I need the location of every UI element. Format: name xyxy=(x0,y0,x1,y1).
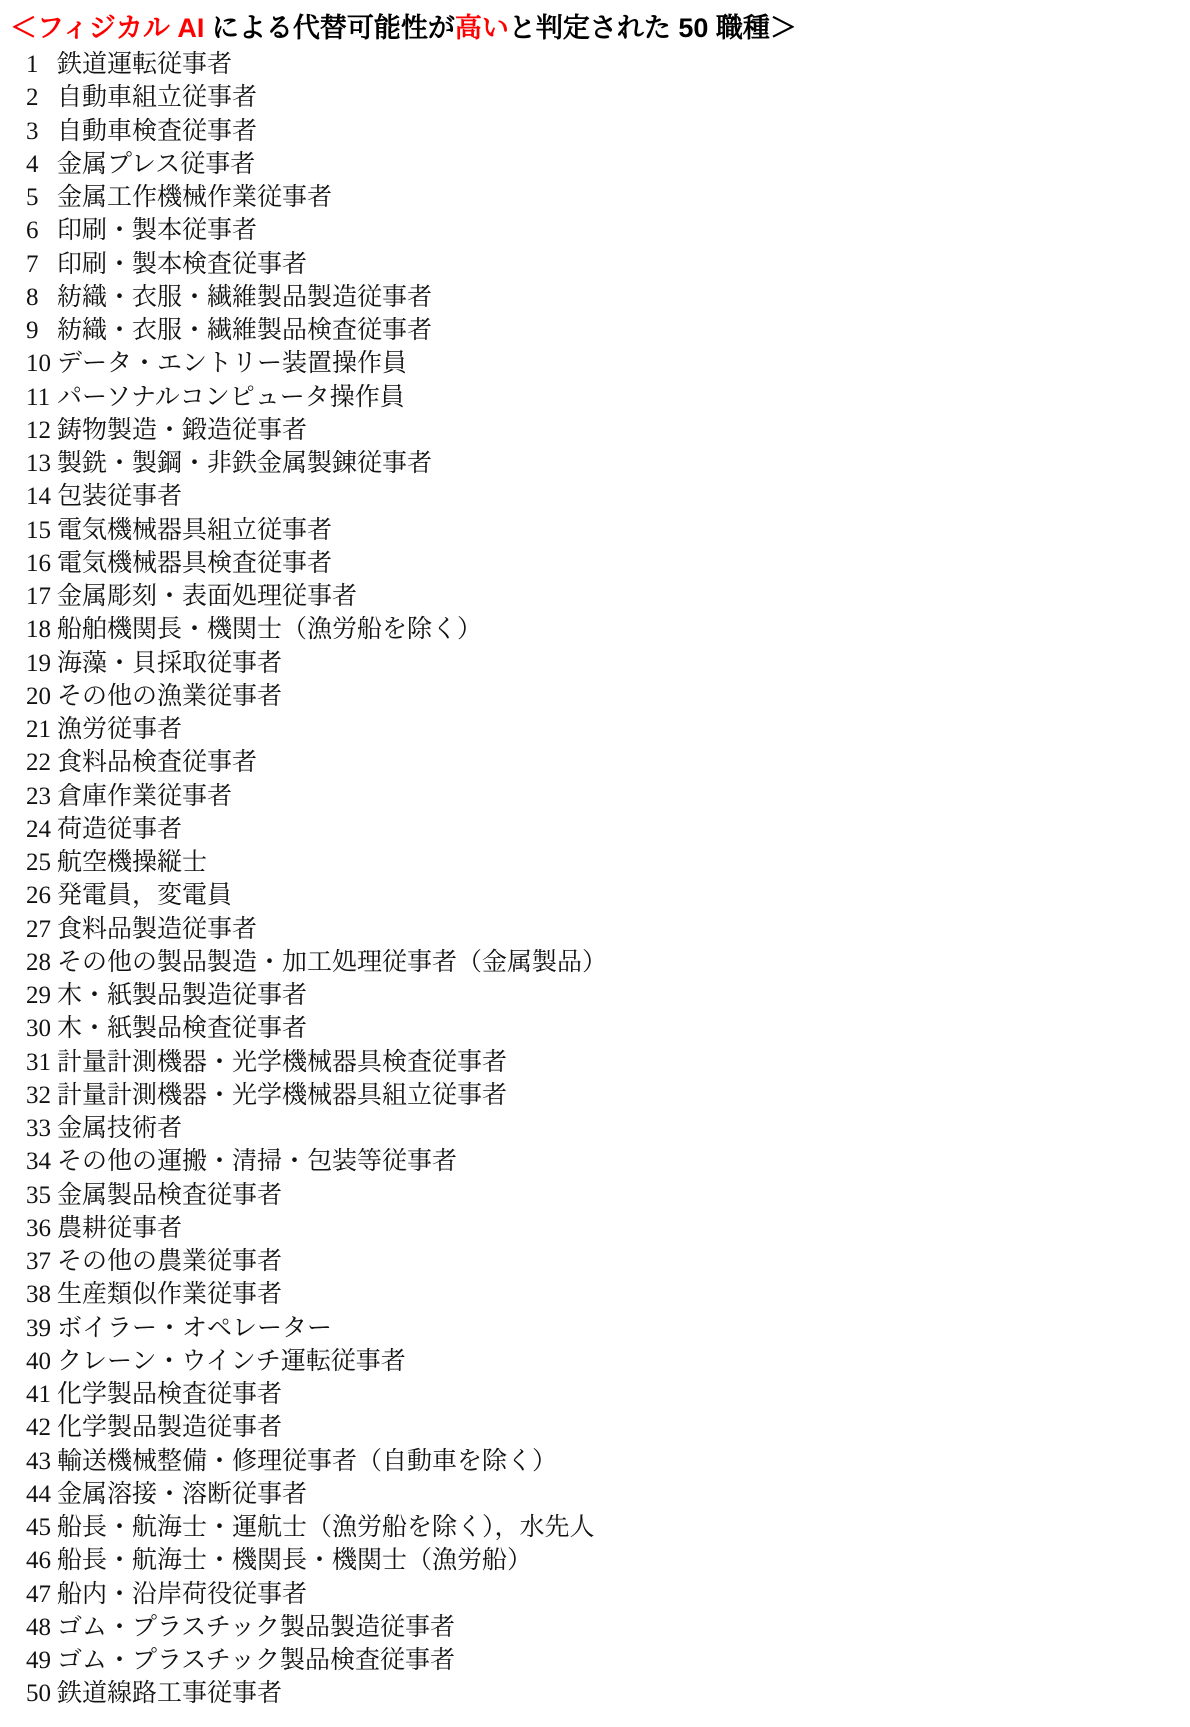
item-number: 32 xyxy=(26,1079,57,1112)
item-label: 計量計測機器・光学機械器具検査従事者 xyxy=(57,1046,507,1079)
item-number: 41 xyxy=(26,1378,57,1411)
item-label: ゴム・プラスチック製品製造従事者 xyxy=(57,1611,455,1644)
item-label: 荷造従事者 xyxy=(57,813,182,846)
item-number: 9 xyxy=(26,314,57,347)
list-item: 16電気機械器具検査従事者 xyxy=(10,547,1170,580)
item-label: 包装従事者 xyxy=(57,480,182,513)
title-segment-emphasis: 高い xyxy=(455,13,509,43)
item-number: 38 xyxy=(26,1278,57,1311)
item-label: 鉄道運転従事者 xyxy=(57,48,232,81)
item-number: 24 xyxy=(26,813,57,846)
item-label: 航空機操縦士 xyxy=(57,846,207,879)
list-item: 4金属プレス従事者 xyxy=(10,148,1170,181)
list-item: 27食料品製造従事者 xyxy=(10,913,1170,946)
item-label: 化学製品検査従事者 xyxy=(57,1378,282,1411)
list-item: 28その他の製品製造・加工処理従事者（金属製品） xyxy=(10,946,1170,979)
item-number: 27 xyxy=(26,913,57,946)
item-label: 金属技術者 xyxy=(57,1112,182,1145)
item-label: 木・紙製品検査従事者 xyxy=(57,1012,307,1045)
list-item: 44金属溶接・溶断従事者 xyxy=(10,1478,1170,1511)
item-label: 電気機械器具組立従事者 xyxy=(57,514,332,547)
item-label: その他の農業従事者 xyxy=(57,1245,282,1278)
list-item: 41化学製品検査従事者 xyxy=(10,1378,1170,1411)
item-label: 金属溶接・溶断従事者 xyxy=(57,1478,307,1511)
item-label: 漁労従事者 xyxy=(57,713,182,746)
item-number: 36 xyxy=(26,1212,57,1245)
item-label: 食料品検査従事者 xyxy=(57,746,257,779)
item-label: ボイラー・オペレーター xyxy=(57,1312,332,1345)
list-item: 15電気機械器具組立従事者 xyxy=(10,514,1170,547)
item-label: 製銑・製鋼・非鉄金属製錬従事者 xyxy=(57,447,432,480)
item-label: 食料品製造従事者 xyxy=(57,913,257,946)
list-item: 25航空機操縦士 xyxy=(10,846,1170,879)
item-label: 計量計測機器・光学機械器具組立従事者 xyxy=(57,1079,507,1112)
list-item: 34その他の運搬・清掃・包装等従事者 xyxy=(10,1145,1170,1178)
item-number: 20 xyxy=(26,680,57,713)
list-item: 45船長・航海士・運航士（漁労船を除く），水先人 xyxy=(10,1511,1170,1544)
item-number: 19 xyxy=(26,647,57,680)
item-number: 18 xyxy=(26,613,57,646)
item-label: 紡織・衣服・繊維製品製造従事者 xyxy=(57,281,432,314)
item-label: 鉄道線路工事従事者 xyxy=(57,1677,282,1710)
list-item: 3自動車検査従事者 xyxy=(10,115,1170,148)
list-item: 47船内・沿岸荷役従事者 xyxy=(10,1578,1170,1611)
list-item: 14包装従事者 xyxy=(10,480,1170,513)
item-number: 8 xyxy=(26,281,57,314)
item-number: 17 xyxy=(26,580,57,613)
item-number: 37 xyxy=(26,1245,57,1278)
item-label: 船内・沿岸荷役従事者 xyxy=(57,1578,307,1611)
title-segment: と判定された 50 職種＞ xyxy=(509,13,797,43)
item-label: 電気機械器具検査従事者 xyxy=(57,547,332,580)
list-item: 12鋳物製造・鍛造従事者 xyxy=(10,414,1170,447)
item-number: 46 xyxy=(26,1544,57,1577)
item-label: 生産類似作業従事者 xyxy=(57,1278,282,1311)
item-label: 紡織・衣服・繊維製品検査従事者 xyxy=(57,314,432,347)
list-item: 13製銑・製鋼・非鉄金属製錬従事者 xyxy=(10,447,1170,480)
item-number: 29 xyxy=(26,979,57,1012)
item-label: 印刷・製本検査従事者 xyxy=(57,248,307,281)
list-item: 17金属彫刻・表面処理従事者 xyxy=(10,580,1170,613)
list-item: 21漁労従事者 xyxy=(10,713,1170,746)
item-number: 33 xyxy=(26,1112,57,1145)
item-label: 金属彫刻・表面処理従事者 xyxy=(57,580,357,613)
item-number: 2 xyxy=(26,81,57,114)
list-item: 32計量計測機器・光学機械器具組立従事者 xyxy=(10,1079,1170,1112)
item-label: 船舶機関長・機関士（漁労船を除く） xyxy=(57,613,482,646)
item-number: 48 xyxy=(26,1611,57,1644)
item-label: 海藻・貝採取従事者 xyxy=(57,647,282,680)
item-number: 16 xyxy=(26,547,57,580)
item-label: その他の漁業従事者 xyxy=(57,680,282,713)
item-label: 金属製品検査従事者 xyxy=(57,1179,282,1212)
item-number: 40 xyxy=(26,1345,57,1378)
item-label: クレーン・ウインチ運転従事者 xyxy=(57,1345,406,1378)
item-label: 輸送機械整備・修理従事者（自動車を除く） xyxy=(57,1445,557,1478)
item-number: 28 xyxy=(26,946,57,979)
list-item: 23倉庫作業従事者 xyxy=(10,780,1170,813)
item-label: 自動車検査従事者 xyxy=(57,115,257,148)
list-item: 6印刷・製本従事者 xyxy=(10,214,1170,247)
item-number: 5 xyxy=(26,181,57,214)
list-item: 38生産類似作業従事者 xyxy=(10,1278,1170,1311)
item-label: データ・エントリー装置操作員 xyxy=(57,347,407,380)
item-label: 自動車組立従事者 xyxy=(57,81,257,114)
item-number: 3 xyxy=(26,115,57,148)
item-label: 木・紙製品製造従事者 xyxy=(57,979,307,1012)
item-label: 発電員，変電員 xyxy=(57,879,232,912)
list-item: 40クレーン・ウインチ運転従事者 xyxy=(10,1345,1170,1378)
occupation-list: 1鉄道運転従事者2自動車組立従事者3自動車検査従事者4金属プレス従事者5金属工作… xyxy=(10,48,1170,1711)
item-number: 34 xyxy=(26,1145,57,1178)
list-item: 18船舶機関長・機関士（漁労船を除く） xyxy=(10,613,1170,646)
list-item: 33金属技術者 xyxy=(10,1112,1170,1145)
item-label: その他の運搬・清掃・包装等従事者 xyxy=(57,1145,457,1178)
item-number: 44 xyxy=(26,1478,57,1511)
list-item: 37その他の農業従事者 xyxy=(10,1245,1170,1278)
item-label: 農耕従事者 xyxy=(57,1212,182,1245)
item-number: 11 xyxy=(26,381,57,414)
list-item: 11パーソナルコンピュータ操作員 xyxy=(10,381,1170,414)
item-number: 26 xyxy=(26,879,57,912)
item-number: 6 xyxy=(26,214,57,247)
list-item: 42化学製品製造従事者 xyxy=(10,1411,1170,1444)
list-item: 20その他の漁業従事者 xyxy=(10,680,1170,713)
list-item: 5金属工作機械作業従事者 xyxy=(10,181,1170,214)
item-number: 50 xyxy=(26,1677,57,1710)
item-number: 21 xyxy=(26,713,57,746)
list-item: 43輸送機械整備・修理従事者（自動車を除く） xyxy=(10,1445,1170,1478)
item-label: その他の製品製造・加工処理従事者（金属製品） xyxy=(57,946,607,979)
item-label: 船長・航海士・機関長・機関士（漁労船） xyxy=(57,1544,532,1577)
item-label: ゴム・プラスチック製品検査従事者 xyxy=(57,1644,455,1677)
list-item: 9紡織・衣服・繊維製品検査従事者 xyxy=(10,314,1170,347)
item-number: 42 xyxy=(26,1411,57,1444)
title-segment-emphasis: ＜フィジカル AI xyxy=(10,13,212,43)
document-page: ＜フィジカル AI による代替可能性が高いと判定された 50 職種＞ 1鉄道運転… xyxy=(0,0,1190,1727)
list-item: 10データ・エントリー装置操作員 xyxy=(10,347,1170,380)
item-number: 30 xyxy=(26,1012,57,1045)
item-number: 7 xyxy=(26,248,57,281)
list-item: 39ボイラー・オペレーター xyxy=(10,1312,1170,1345)
item-number: 23 xyxy=(26,780,57,813)
list-item: 29木・紙製品製造従事者 xyxy=(10,979,1170,1012)
item-label: 船長・航海士・運航士（漁労船を除く），水先人 xyxy=(57,1511,595,1544)
item-number: 14 xyxy=(26,480,57,513)
item-number: 1 xyxy=(26,48,57,81)
item-number: 43 xyxy=(26,1445,57,1478)
item-number: 25 xyxy=(26,846,57,879)
item-number: 39 xyxy=(26,1312,57,1345)
list-item: 49ゴム・プラスチック製品検査従事者 xyxy=(10,1644,1170,1677)
item-label: 印刷・製本従事者 xyxy=(57,214,257,247)
list-item: 8紡織・衣服・繊維製品製造従事者 xyxy=(10,281,1170,314)
item-number: 12 xyxy=(26,414,57,447)
list-item: 48ゴム・プラスチック製品製造従事者 xyxy=(10,1611,1170,1644)
list-item: 26発電員，変電員 xyxy=(10,879,1170,912)
page-title: ＜フィジカル AI による代替可能性が高いと判定された 50 職種＞ xyxy=(10,10,1170,46)
list-item: 24荷造従事者 xyxy=(10,813,1170,846)
item-number: 31 xyxy=(26,1046,57,1079)
item-label: 金属プレス従事者 xyxy=(57,148,255,181)
item-number: 49 xyxy=(26,1644,57,1677)
list-item: 36農耕従事者 xyxy=(10,1212,1170,1245)
item-number: 4 xyxy=(26,148,57,181)
list-item: 19海藻・貝採取従事者 xyxy=(10,647,1170,680)
item-number: 13 xyxy=(26,447,57,480)
list-item: 50鉄道線路工事従事者 xyxy=(10,1677,1170,1710)
item-label: 倉庫作業従事者 xyxy=(57,780,232,813)
list-item: 46船長・航海士・機関長・機関士（漁労船） xyxy=(10,1544,1170,1577)
item-number: 45 xyxy=(26,1511,57,1544)
list-item: 2自動車組立従事者 xyxy=(10,81,1170,114)
list-item: 30木・紙製品検査従事者 xyxy=(10,1012,1170,1045)
item-number: 35 xyxy=(26,1179,57,1212)
item-label: パーソナルコンピュータ操作員 xyxy=(57,381,405,414)
list-item: 7印刷・製本検査従事者 xyxy=(10,248,1170,281)
item-number: 15 xyxy=(26,514,57,547)
list-item: 1鉄道運転従事者 xyxy=(10,48,1170,81)
item-number: 22 xyxy=(26,746,57,779)
item-number: 47 xyxy=(26,1578,57,1611)
list-item: 35金属製品検査従事者 xyxy=(10,1179,1170,1212)
list-item: 31計量計測機器・光学機械器具検査従事者 xyxy=(10,1046,1170,1079)
item-label: 金属工作機械作業従事者 xyxy=(57,181,332,214)
item-label: 化学製品製造従事者 xyxy=(57,1411,282,1444)
list-item: 22食料品検査従事者 xyxy=(10,746,1170,779)
item-number: 10 xyxy=(26,347,57,380)
title-segment: による代替可能性が xyxy=(212,13,455,43)
item-label: 鋳物製造・鍛造従事者 xyxy=(57,414,307,447)
